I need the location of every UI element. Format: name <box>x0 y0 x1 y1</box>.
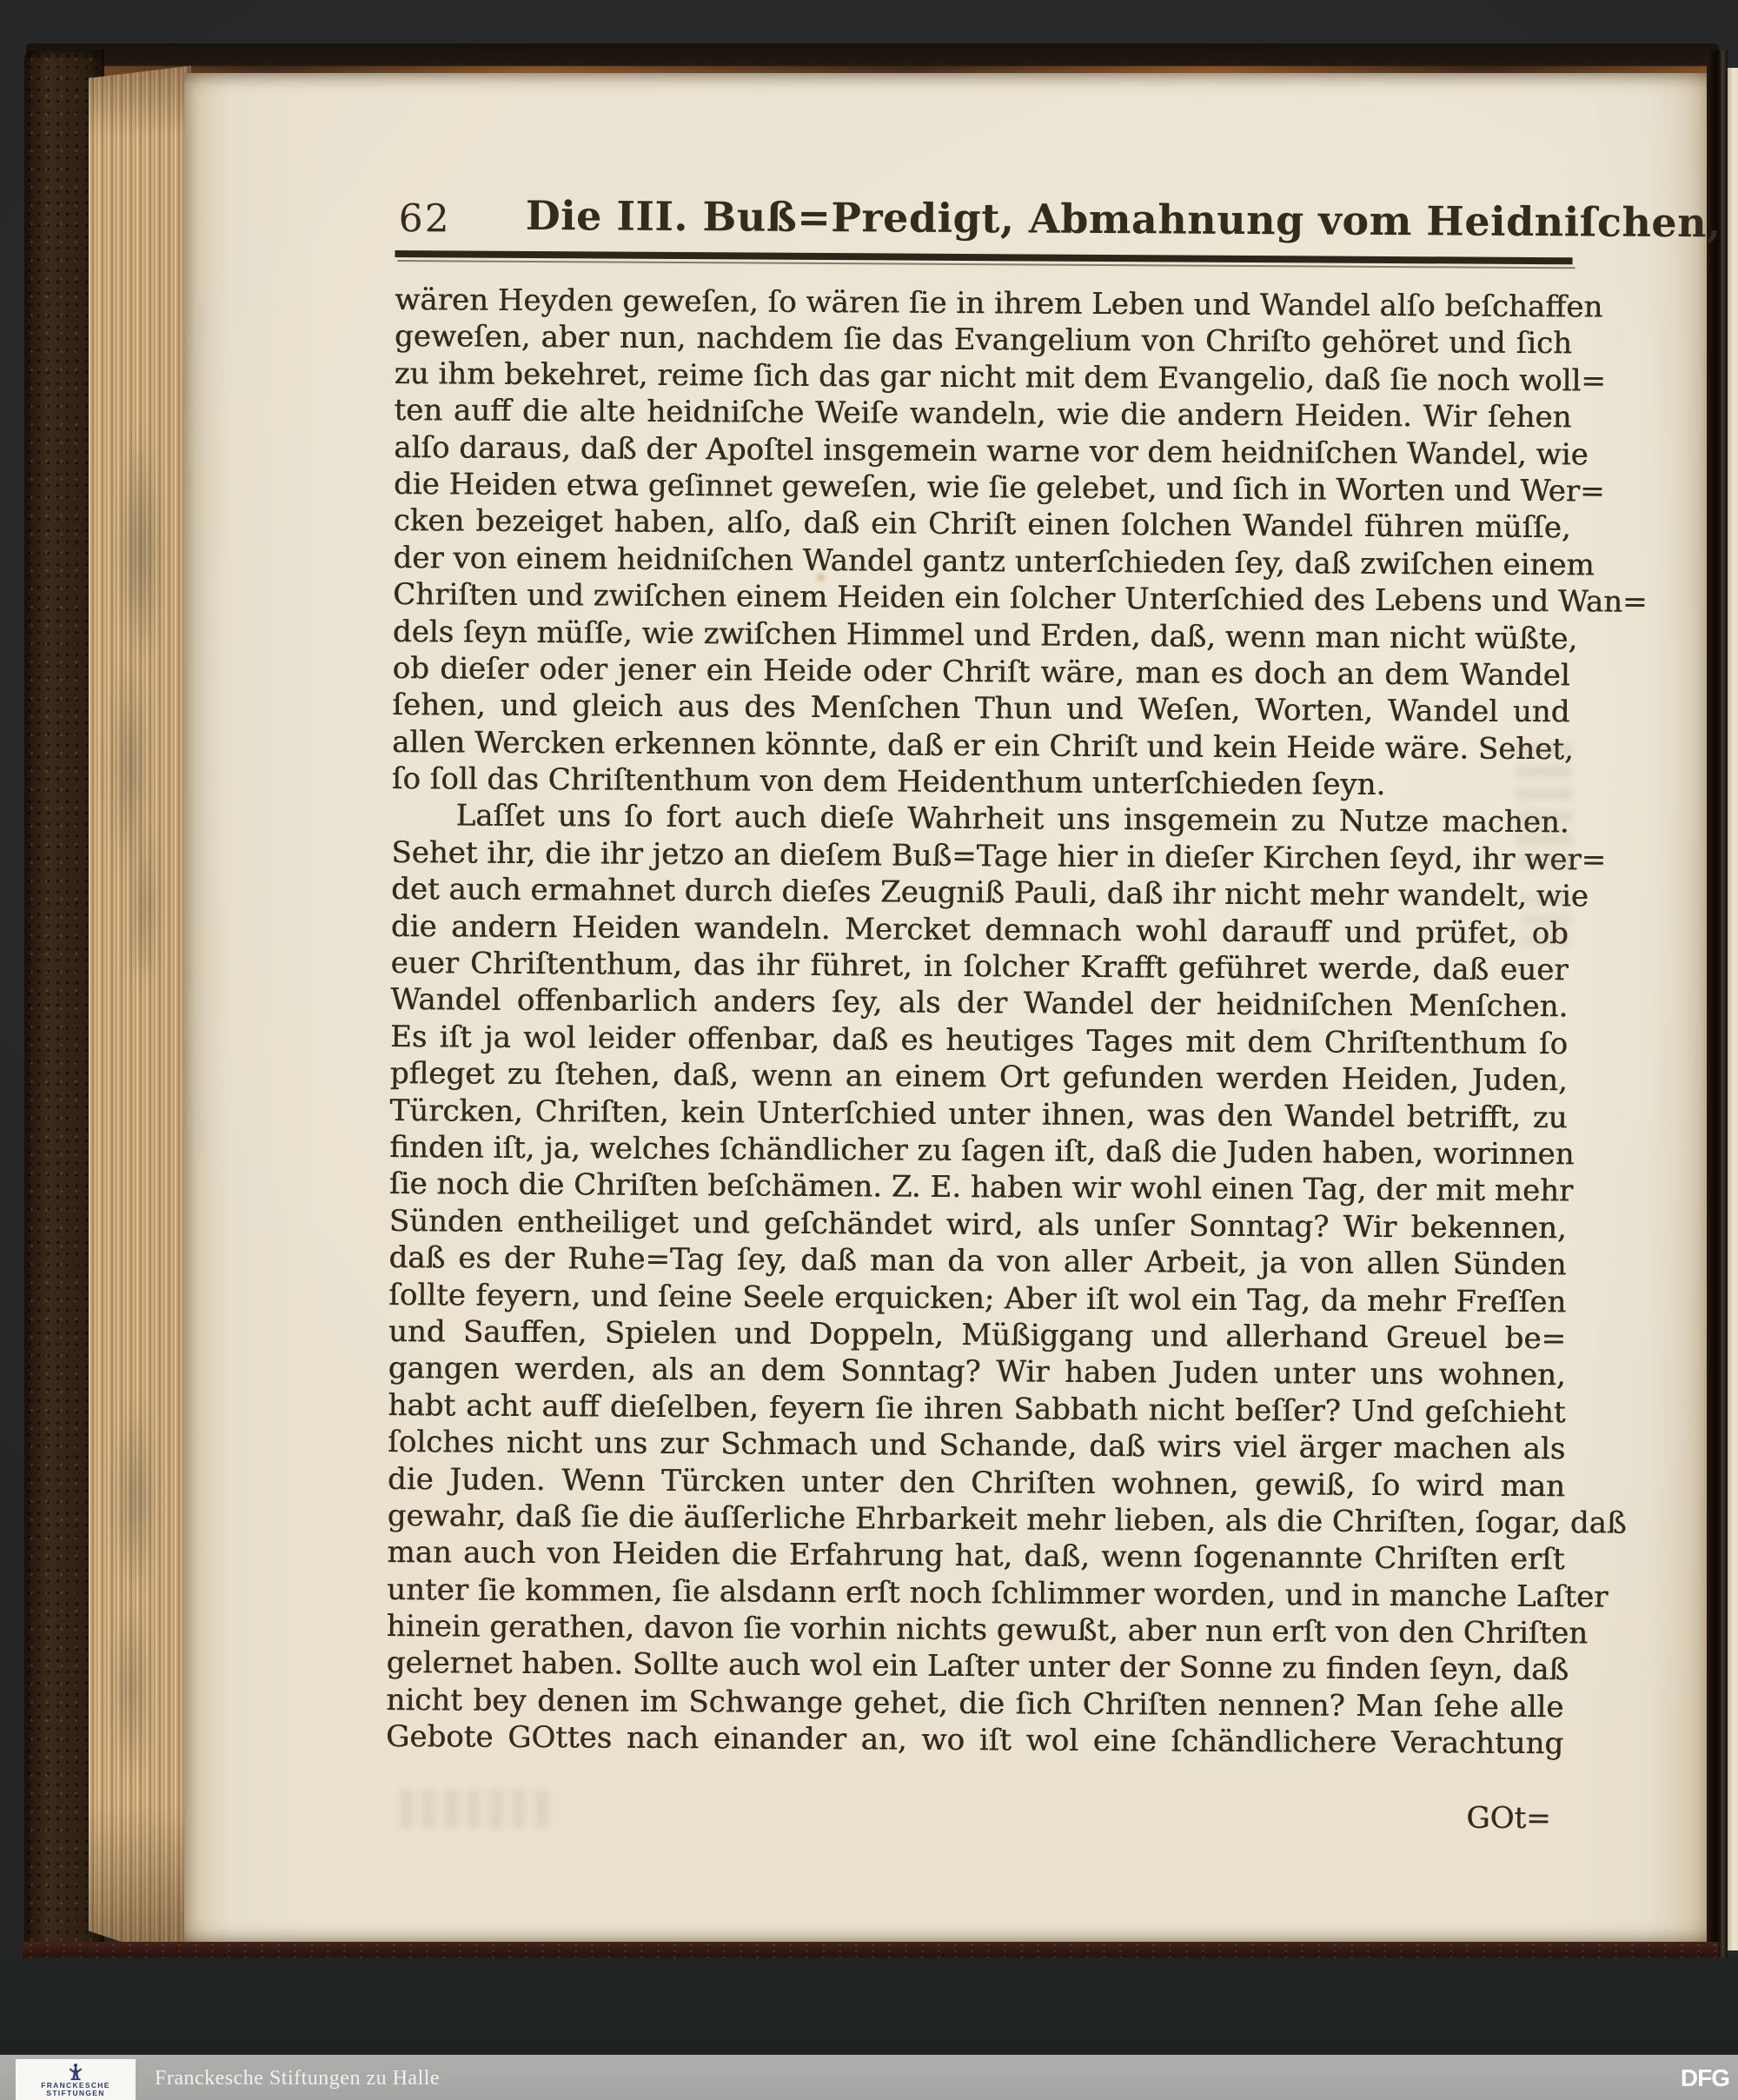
page-block-fore-edge <box>89 59 191 1957</box>
catchword-row: GOt= <box>385 1794 1562 1837</box>
stiftungen-eagle-emblem-icon <box>66 2062 85 2081</box>
facing-page-edge <box>1728 68 1738 1950</box>
page-content: 62 Die III. Buß=Predigt, Abmahnung vom H… <box>385 186 1573 1837</box>
fore-edge-smudge <box>96 1363 174 1815</box>
logo-text-line2: STIFTUNGEN <box>16 2090 136 2097</box>
page-header: 62 Die III. Buß=Predigt, Abmahnung vom H… <box>395 186 1573 257</box>
page-right-gap-shadow <box>1707 50 1728 1963</box>
running-header: Die III. Buß=Predigt, Abmahnung vom Heid… <box>395 186 1573 245</box>
scanned-book-page-viewer: 62 Die III. Buß=Predigt, Abmahnung vom H… <box>0 0 1738 2100</box>
background-below-book <box>0 1957 1738 2058</box>
dfg-logo: DFG <box>1681 2055 1729 2100</box>
text-line: Chriſten und zwiſchen einem Heiden ein ſ… <box>393 576 1570 621</box>
page-number: 62 <box>399 196 451 241</box>
text-line: ſolches nicht uns zur Schmach und Schand… <box>388 1424 1565 1468</box>
text-block: wären Heyden geweſen, ſo wären ſie in ih… <box>386 282 1572 1763</box>
franckesche-stiftungen-logo: FRANCKESCHE STIFTUNGEN <box>16 2059 136 2100</box>
text-line: daß es der Ruhe=Tag ſey, daß man da von … <box>388 1239 1566 1284</box>
text-line: Gebote GOttes nach einander an, wo iſt w… <box>386 1718 1563 1763</box>
institution-name: Franckesche Stiftungen zu Halle <box>155 2055 440 2100</box>
catchword: GOt= <box>1466 1800 1550 1836</box>
fore-edge-smudge <box>101 433 173 972</box>
